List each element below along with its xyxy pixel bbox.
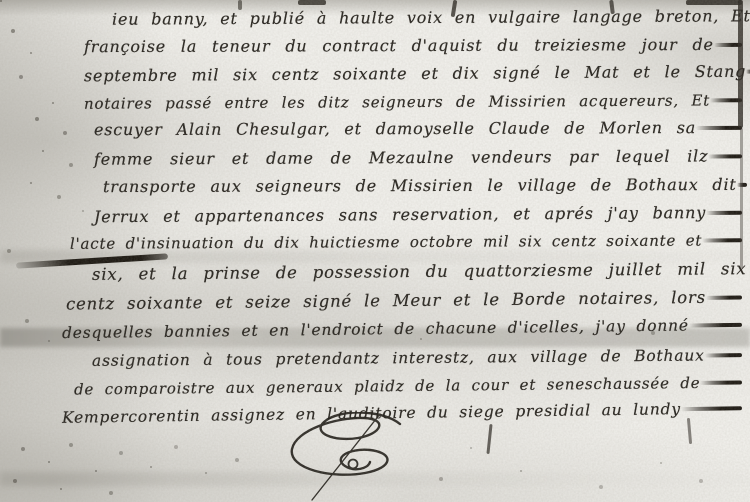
ink-stroke	[486, 424, 492, 454]
line-filler-stroke	[705, 353, 742, 357]
line-filler-stroke	[689, 323, 742, 328]
manuscript-line: Jerrux et appartenances sans reservation…	[94, 203, 742, 227]
manuscript-line-text: femme sieur et dame de Mezaulne vendeurs…	[94, 146, 708, 168]
cut-text-mark	[298, 0, 326, 5]
manuscript-line: centz soixante et seize signé le Meur et…	[66, 287, 742, 313]
ink-specks	[0, 0, 2, 2]
manuscript-line-text: françoise la teneur du contract d'aquist…	[84, 35, 714, 56]
scan-edge-mark	[740, 128, 743, 268]
manuscript-line: transporte aux seigneurs de Missirien le…	[103, 175, 742, 196]
line-filler-stroke	[700, 381, 742, 385]
manuscript-line: femme sieur et dame de Mezaulne vendeurs…	[94, 146, 742, 168]
line-filler-stroke	[706, 295, 742, 299]
manuscript-line: assignation à tous pretendantz interestz…	[92, 346, 742, 370]
cut-descender-mark	[609, 0, 615, 14]
ink-stroke	[687, 418, 692, 444]
line-filler-stroke	[681, 406, 742, 411]
manuscript-line: françoise la teneur du contract d'aquist…	[84, 35, 742, 56]
cut-descender-mark	[238, 0, 242, 10]
manuscript-line-text: centz soixante et seize signé le Meur et…	[66, 288, 706, 314]
manuscript-page: ieu banny, et publié à haulte voix en vu…	[0, 0, 750, 502]
manuscript-line: ieu banny, et publié à haulte voix en vu…	[112, 6, 742, 28]
manuscript-line-text: notaires passé entre les ditz seigneurs …	[84, 91, 710, 112]
scan-edge-mark	[686, 0, 742, 5]
manuscript-line: notaires passé entre les ditz seigneurs …	[84, 91, 742, 112]
manuscript-line: l'acte d'insinuation du dix huictiesme o…	[70, 231, 742, 253]
manuscript-line-text: escuyer Alain Chesulgar, et damoyselle C…	[94, 118, 696, 139]
manuscript-line: de comparoistre aux generaux plaidz de l…	[74, 374, 742, 399]
line-filler-stroke	[696, 125, 742, 129]
manuscript-line: desquelles bannies et en l'endroict de c…	[62, 316, 742, 342]
line-filler-stroke	[706, 210, 742, 214]
manuscript-line-text: de comparoistre aux generaux plaidz de l…	[74, 374, 701, 399]
manuscript-line-text: Jerrux et appartenances sans reservation…	[94, 203, 706, 226]
paraph-flourish	[252, 412, 442, 502]
manuscript-line: septembre mil six centz soixante et dix …	[84, 62, 742, 86]
manuscript-line-text: six, et la prinse de possession du quatt…	[92, 259, 747, 284]
manuscript-line: six, et la prinse de possession du quatt…	[92, 259, 742, 284]
line-filler-stroke	[702, 238, 742, 242]
manuscript-line-text: septembre mil six centz soixante et dix …	[84, 62, 746, 86]
manuscript-line-text: l'acte d'insinuation du dix huictiesme o…	[70, 231, 702, 252]
manuscript-line-text: desquelles bannies et en l'endroict de c…	[62, 316, 689, 342]
manuscript-line-text: ieu banny, et publié à haulte voix en vu…	[112, 6, 750, 28]
line-filler-stroke	[708, 154, 742, 158]
manuscript-line-text: transporte aux seigneurs de Missirien le…	[103, 175, 737, 196]
line-filler-stroke	[746, 69, 750, 73]
manuscript-line: escuyer Alain Chesulgar, et damoyselle C…	[94, 118, 742, 139]
scan-edge-mark	[738, 0, 743, 128]
manuscript-line-text: assignation à tous pretendantz interestz…	[92, 346, 705, 369]
